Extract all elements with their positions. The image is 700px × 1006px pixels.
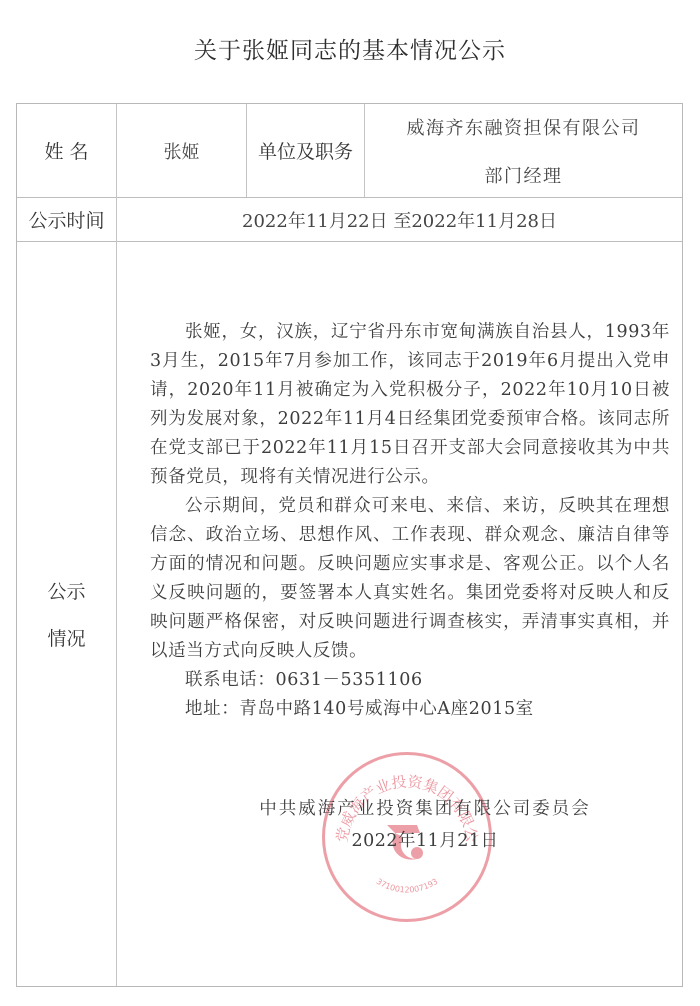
details-paragraph-2: 公示期间，党员和群众可来电、来信、来访，反映其在理想信念、政治立场、思想作风、工… xyxy=(150,492,670,666)
unit-label: 单位及职务 xyxy=(247,104,364,197)
period-value: 2022年11月22日 至2022年11月28日 xyxy=(117,198,682,241)
details-label: 公示 情况 xyxy=(17,242,116,986)
unit-value: 威海齐东融资担保有限公司 部门经理 xyxy=(365,104,682,197)
unit-company: 威海齐东融资担保有限公司 xyxy=(407,114,641,140)
period-label: 公示时间 xyxy=(17,198,116,241)
unit-position: 部门经理 xyxy=(485,162,563,188)
name-value: 张姬 xyxy=(117,104,246,197)
svg-text:3710012007193: 3710012007193 xyxy=(375,877,440,895)
details-paragraph-1: 张姬，女，汉族，辽宁省丹东市宽甸满族自治县人，1993年3月生，2015年7月参… xyxy=(150,318,670,492)
document-title: 关于张姬同志的基本情况公示 xyxy=(0,32,700,65)
contact-phone: 联系电话：0631－5351106 xyxy=(150,666,670,695)
contact-address: 地址：青岛中路140号威海中心A座2015室 xyxy=(150,695,670,724)
signature-date: 2022年11月21日 xyxy=(200,827,650,852)
details-content: 张姬，女，汉族，辽宁省丹东市宽甸满族自治县人，1993年3月生，2015年7月参… xyxy=(150,318,670,724)
signature-organization: 中共威海产业投资集团有限公司委员会 xyxy=(200,795,650,820)
name-label: 姓 名 xyxy=(17,104,116,197)
